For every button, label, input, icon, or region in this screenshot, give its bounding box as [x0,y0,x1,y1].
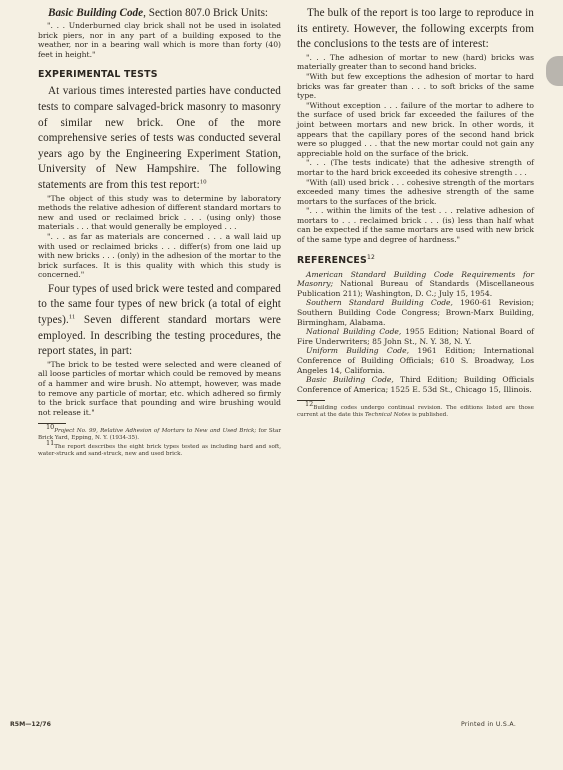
reference-item: Uniform Building Code, 1961 Edition; Int… [297,346,534,375]
quote-paragraph: "With but few exceptions the adhesion of… [297,72,534,101]
right-column: The bulk of the report is too large to r… [297,6,534,420]
printed-in: Printed in U.S.A. [461,721,516,728]
left-column: Basic Building Code, Section 807.0 Brick… [38,6,281,458]
intro-quote: ". . . Underburned clay brick shall not … [38,21,281,59]
paragraph: At various times interested parties have… [38,84,281,193]
footnote-text: is published. [410,412,448,418]
references-list: American Standard Building Code Requirem… [297,270,534,395]
reference-item: National Building Code, 1955 Edition; Na… [297,327,534,346]
quote-paragraph: ". . . within the limits of the test . .… [297,206,534,244]
footnote: 11The report describes the eight brick t… [38,443,281,458]
section-heading-references: REFERENCES12 [297,255,534,266]
reference-title: Basic Building Code, [306,375,394,384]
paragraph: Four types of used brick were tested and… [38,282,281,360]
reference-item: American Standard Building Code Requirem… [297,270,534,299]
footnote-ref[interactable]: 10 [200,178,207,185]
quote-paragraph: "With (all) used brick . . . cohesive st… [297,178,534,207]
quote-paragraph: ". . . The adhesion of mortar to new (ha… [297,53,534,72]
footnote-text: The report describes the eight brick typ… [38,444,281,457]
quote-paragraph: "Without exception . . . failure of the … [297,101,534,159]
paragraph-text: Seven different standard mortars were em… [38,314,281,357]
print-code: R5M—12/76 [10,721,51,728]
section-heading-experimental-tests: EXPERIMENTAL TESTS [38,69,281,80]
footnote-ref[interactable]: 12 [367,254,375,261]
footnote: 12Building codes undergo continual revis… [297,404,534,419]
reference-details: National Bureau of Standards (Miscellane… [297,279,534,298]
code-name: Basic Building Code [48,7,143,19]
reference-item: Southern Standard Building Code, 1960-61… [297,298,534,327]
publication-title: Technical Notes [365,412,410,418]
reference-item: Basic Building Code, Third Edition; Buil… [297,375,534,394]
footnote-title: Project No. 99, Relative Adhesion of Mor… [54,428,256,434]
paragraph: The bulk of the report is too large to r… [297,6,534,53]
heading-text: REFERENCES [297,255,367,266]
intro-line: Basic Building Code, Section 807.0 Brick… [38,6,281,21]
footnote: 10Project No. 99, Relative Adhesion of M… [38,427,281,442]
quote-paragraph: ". . . as far as materials are concerned… [38,232,281,280]
quote-paragraph: "The brick to be tested were selected an… [38,360,281,418]
quote-paragraph: "The object of this study was to determi… [38,194,281,232]
quote-paragraph: ". . . (The tests indicate) that the adh… [297,158,534,177]
document-page: Basic Building Code, Section 807.0 Brick… [0,0,563,770]
paragraph-text: At various times interested parties have… [38,85,281,191]
page-tab-marker [546,56,563,86]
reference-title: Uniform Building Code, [306,346,409,355]
intro-rest: , Section 807.0 Brick Units: [143,7,268,19]
reference-title: Southern Standard Building Code, [306,298,453,307]
conclusion-quotes: ". . . The adhesion of mortar to new (ha… [297,53,534,245]
reference-title: National Building Code, [306,327,401,336]
